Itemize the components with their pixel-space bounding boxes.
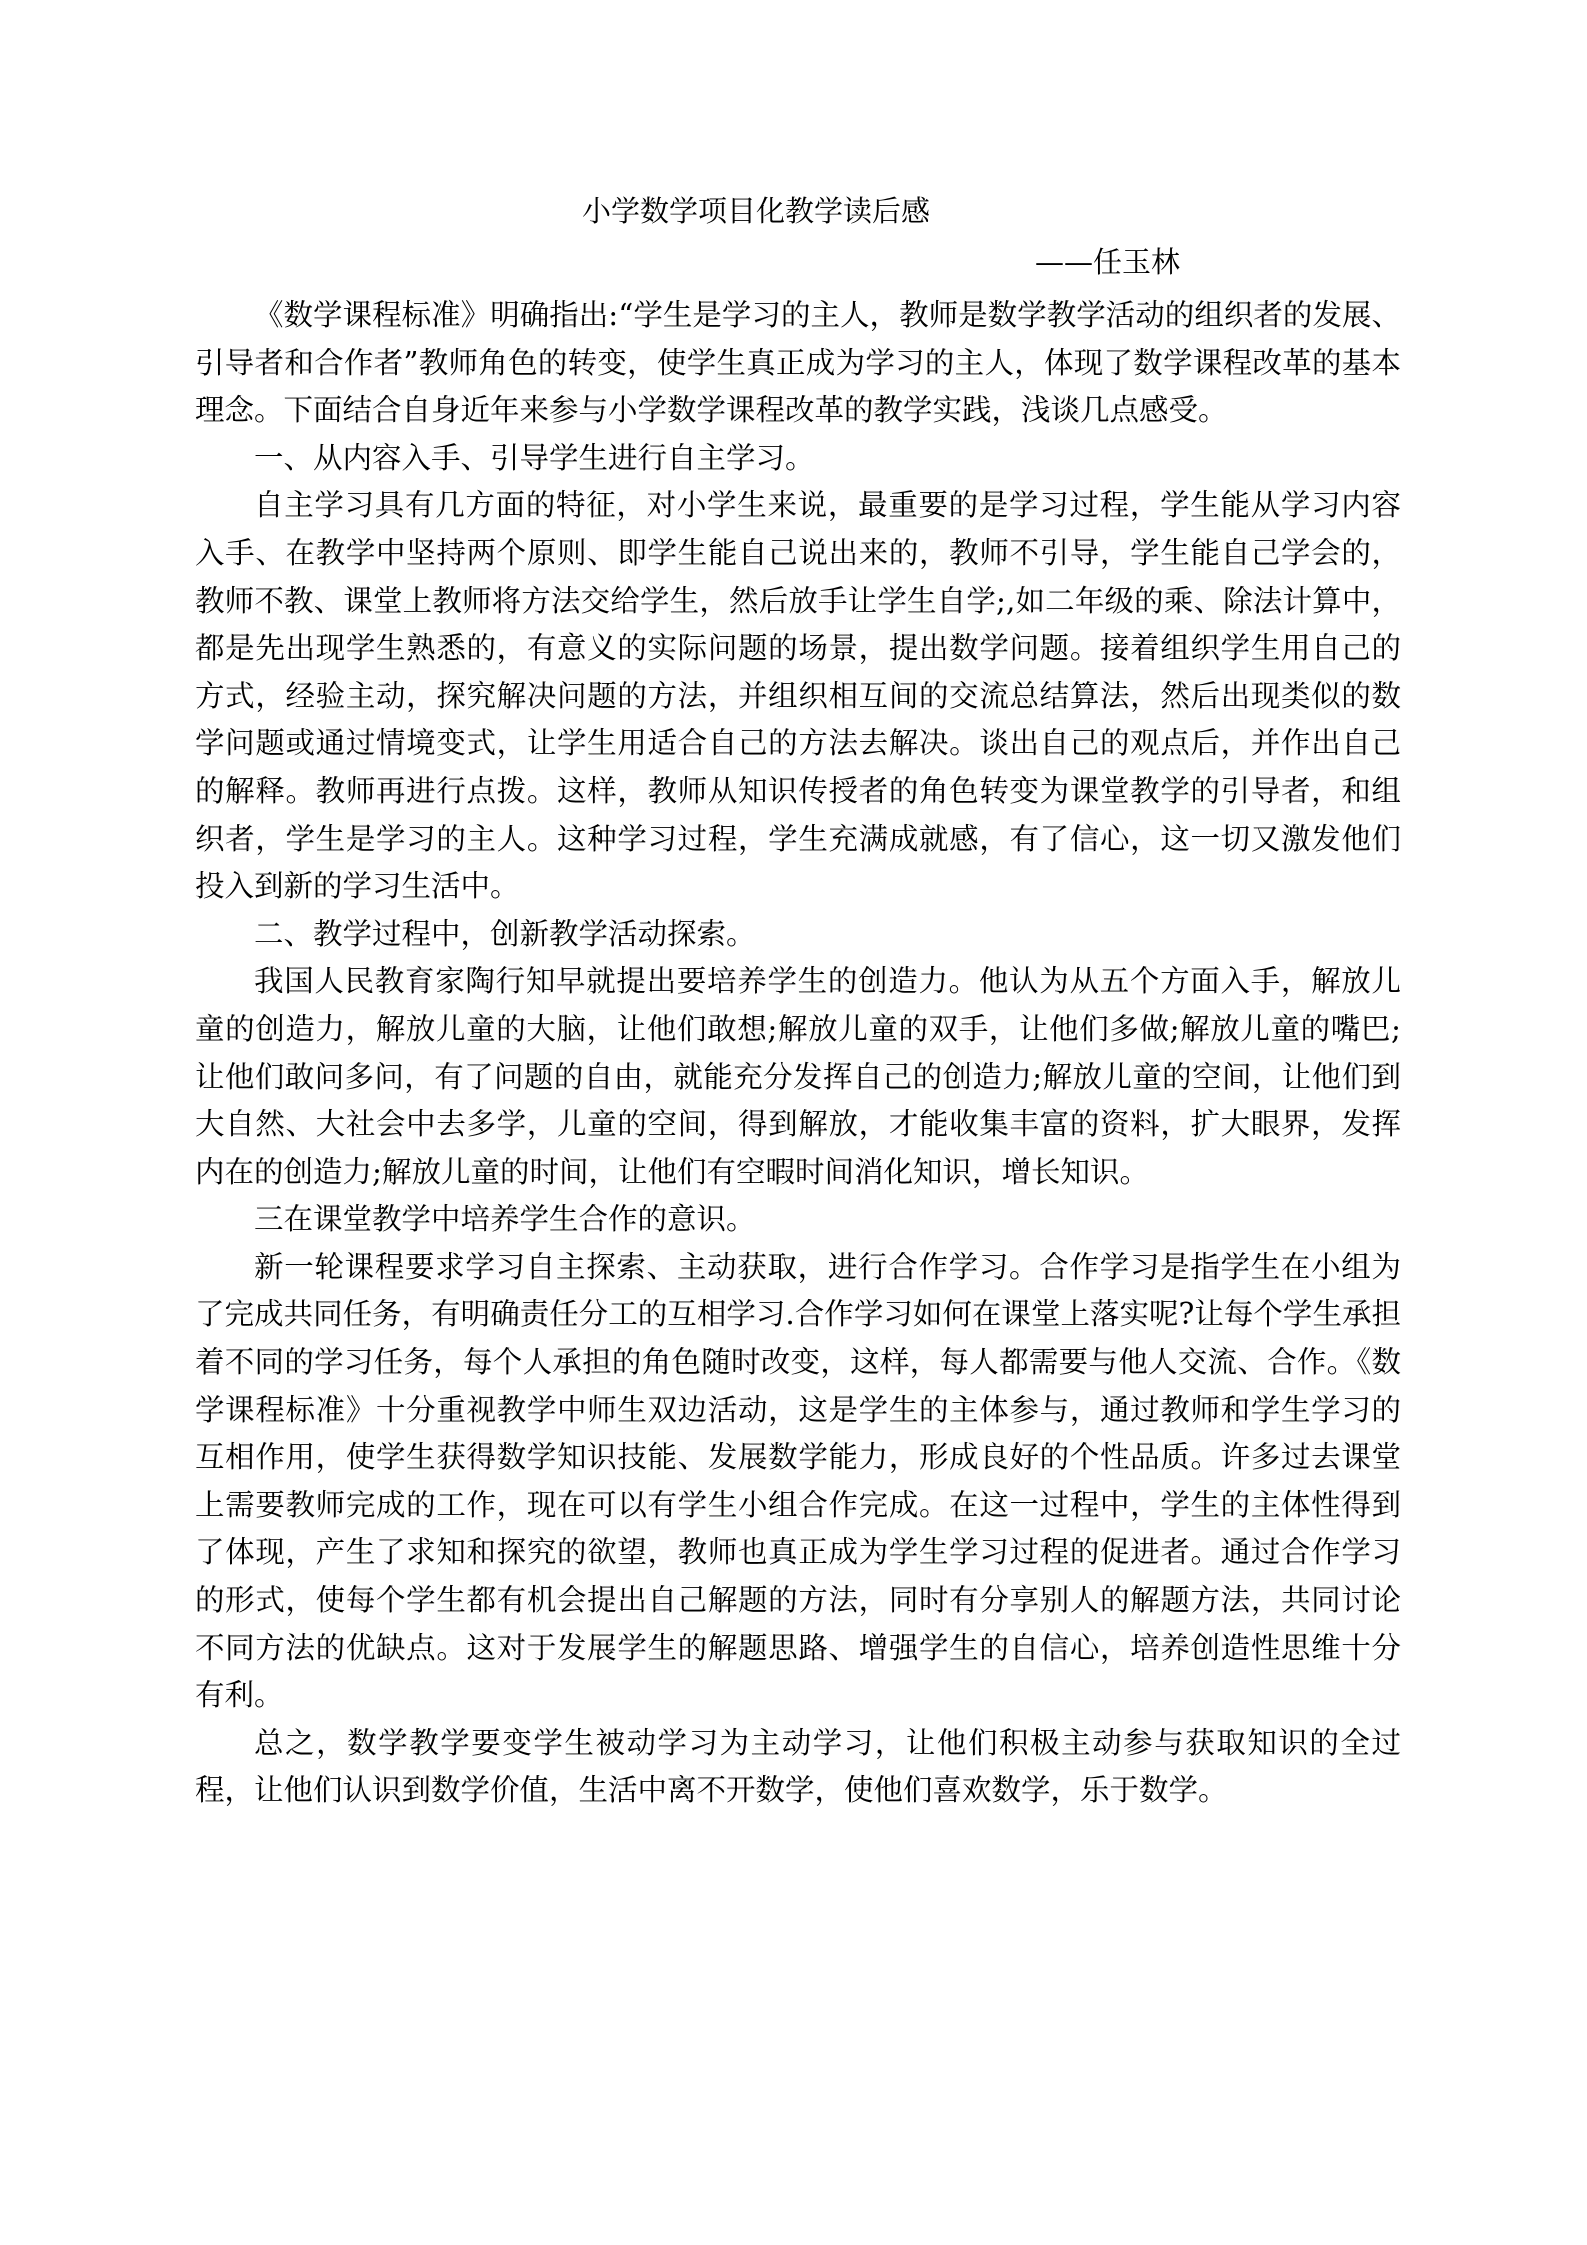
section-heading-2: 二、教学过程中，创新教学活动探索。 xyxy=(195,911,1401,959)
section-2-paragraph: 我国人民教育家陶行知早就提出要培养学生的创造力。他认为从五个方面入手，解放儿童的… xyxy=(195,958,1401,1196)
document-title: 小学数学项目化教学读后感 xyxy=(582,193,930,229)
section-3-paragraph: 新一轮课程要求学习自主探索、主动获取，进行合作学习。合作学习是指学生在小组为了完… xyxy=(195,1244,1401,1720)
document-author: ——任玉林 xyxy=(1035,244,1180,280)
section-heading-3: 三在课堂教学中培养学生合作的意识。 xyxy=(195,1196,1401,1244)
section-1-paragraph: 自主学习具有几方面的特征，对小学生来说，最重要的是学习过程，学生能从学习内容入手… xyxy=(195,482,1401,910)
intro-paragraph: 《数学课程标准》明确指出:“学生是学习的主人，教师是数学教学活动的组织者的发展、… xyxy=(195,292,1401,435)
document-body: 《数学课程标准》明确指出:“学生是学习的主人，教师是数学教学活动的组织者的发展、… xyxy=(195,292,1401,1815)
section-heading-1: 一、从内容入手、引导学生进行自主学习。 xyxy=(195,435,1401,483)
conclusion-paragraph: 总之，数学教学要变学生被动学习为主动学习，让他们积极主动参与获取知识的全过程，让… xyxy=(195,1720,1401,1815)
